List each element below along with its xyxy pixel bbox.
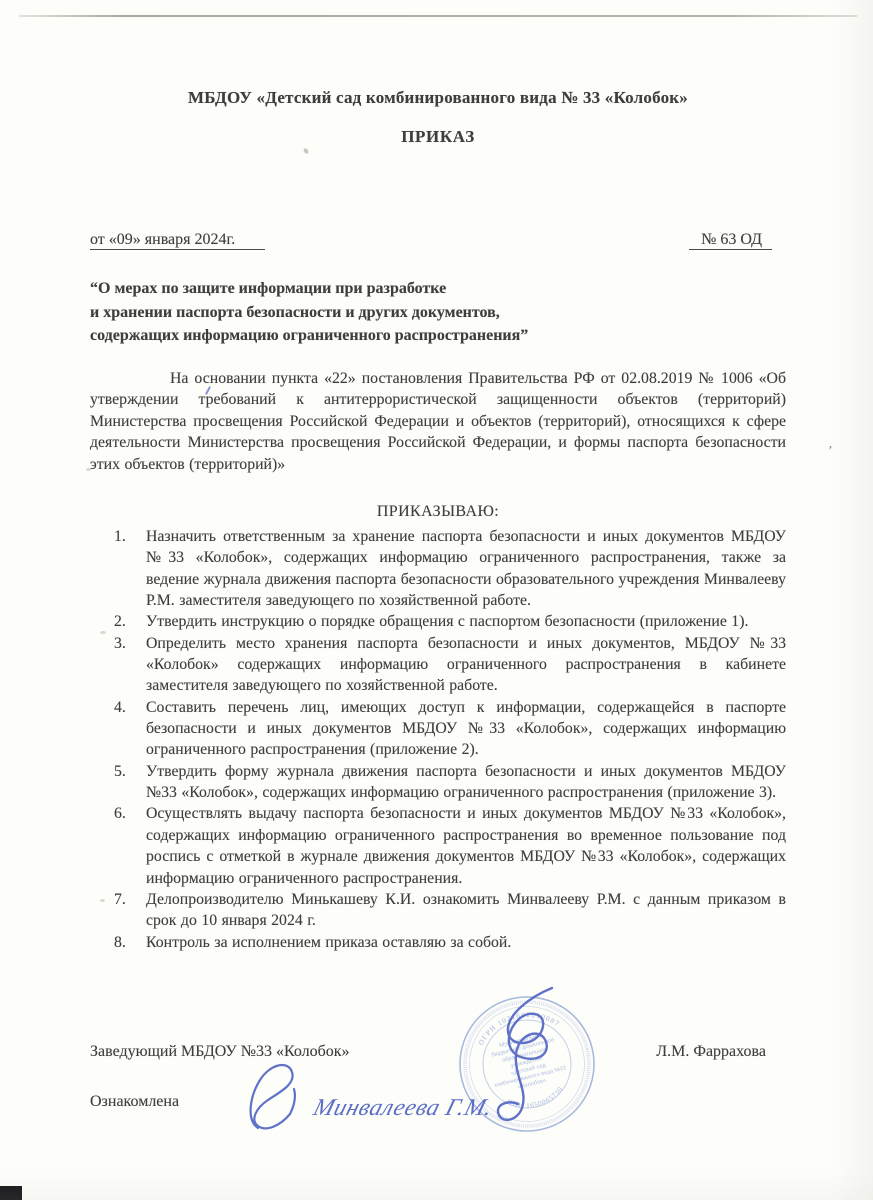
date-number-row: от «09» января 2024г. № 63 ОД <box>90 231 786 250</box>
ack-signature-paraph-icon <box>251 1065 295 1128</box>
subject-line: и хранении паспорта безопасности и други… <box>90 301 786 325</box>
scan-speck: ’ <box>828 444 833 460</box>
subject-line: содержащих информацию ограниченного расп… <box>90 324 786 348</box>
preamble-paragraph: На основании пункта «22» постановления П… <box>90 368 786 475</box>
order-item: Определить место хранения паспорта безоп… <box>90 633 786 697</box>
order-item: Назначить ответственным за хранение пасп… <box>90 526 786 611</box>
scan-edge-line <box>19 15 857 17</box>
director-signature-icon <box>498 988 552 1120</box>
order-item: Утвердить инструкцию о порядке обращения… <box>90 611 786 632</box>
handwritten-ink-layer: Минвалеева Г.М. <box>200 968 690 1163</box>
order-date: от «09» января 2024г. <box>90 231 265 250</box>
order-subject: “О мерах по защите информации при разраб… <box>90 277 786 348</box>
order-heading: ПРИКАЗЫВАЮ: <box>90 503 786 521</box>
scan-speck <box>86 468 91 471</box>
scanned-order-page: ’ МБДОУ «Детский сад комбинированного ви… <box>0 0 873 1200</box>
scan-speck <box>100 631 106 634</box>
scan-speck <box>100 899 105 902</box>
doc-type-heading: ПРИКАЗ <box>90 127 786 147</box>
scan-corner-artifact <box>0 1186 22 1200</box>
order-item: Составить перечень лиц, имеющих доступ к… <box>90 697 786 761</box>
order-item: Утвердить форму журнала движения паспорт… <box>90 761 786 804</box>
org-title: МБДОУ «Детский сад комбинированного вида… <box>90 88 786 108</box>
order-list: Назначить ответственным за хранение пасп… <box>90 526 786 953</box>
order-item: Контроль за исполнением приказа оставляю… <box>90 932 786 953</box>
scan-speck <box>303 147 310 154</box>
acknowledged-label: Ознакомлена <box>90 1093 179 1110</box>
subject-line: “О мерах по защите информации при разраб… <box>90 277 786 301</box>
order-item: Делопроизводителю Минькашеву К.И. ознако… <box>90 889 786 932</box>
order-item: Осуществлять выдачу паспорта безопасност… <box>90 803 786 888</box>
order-number: № 63 ОД <box>689 231 772 250</box>
ack-signature-name: Минвалеева Г.М. <box>309 1094 496 1120</box>
